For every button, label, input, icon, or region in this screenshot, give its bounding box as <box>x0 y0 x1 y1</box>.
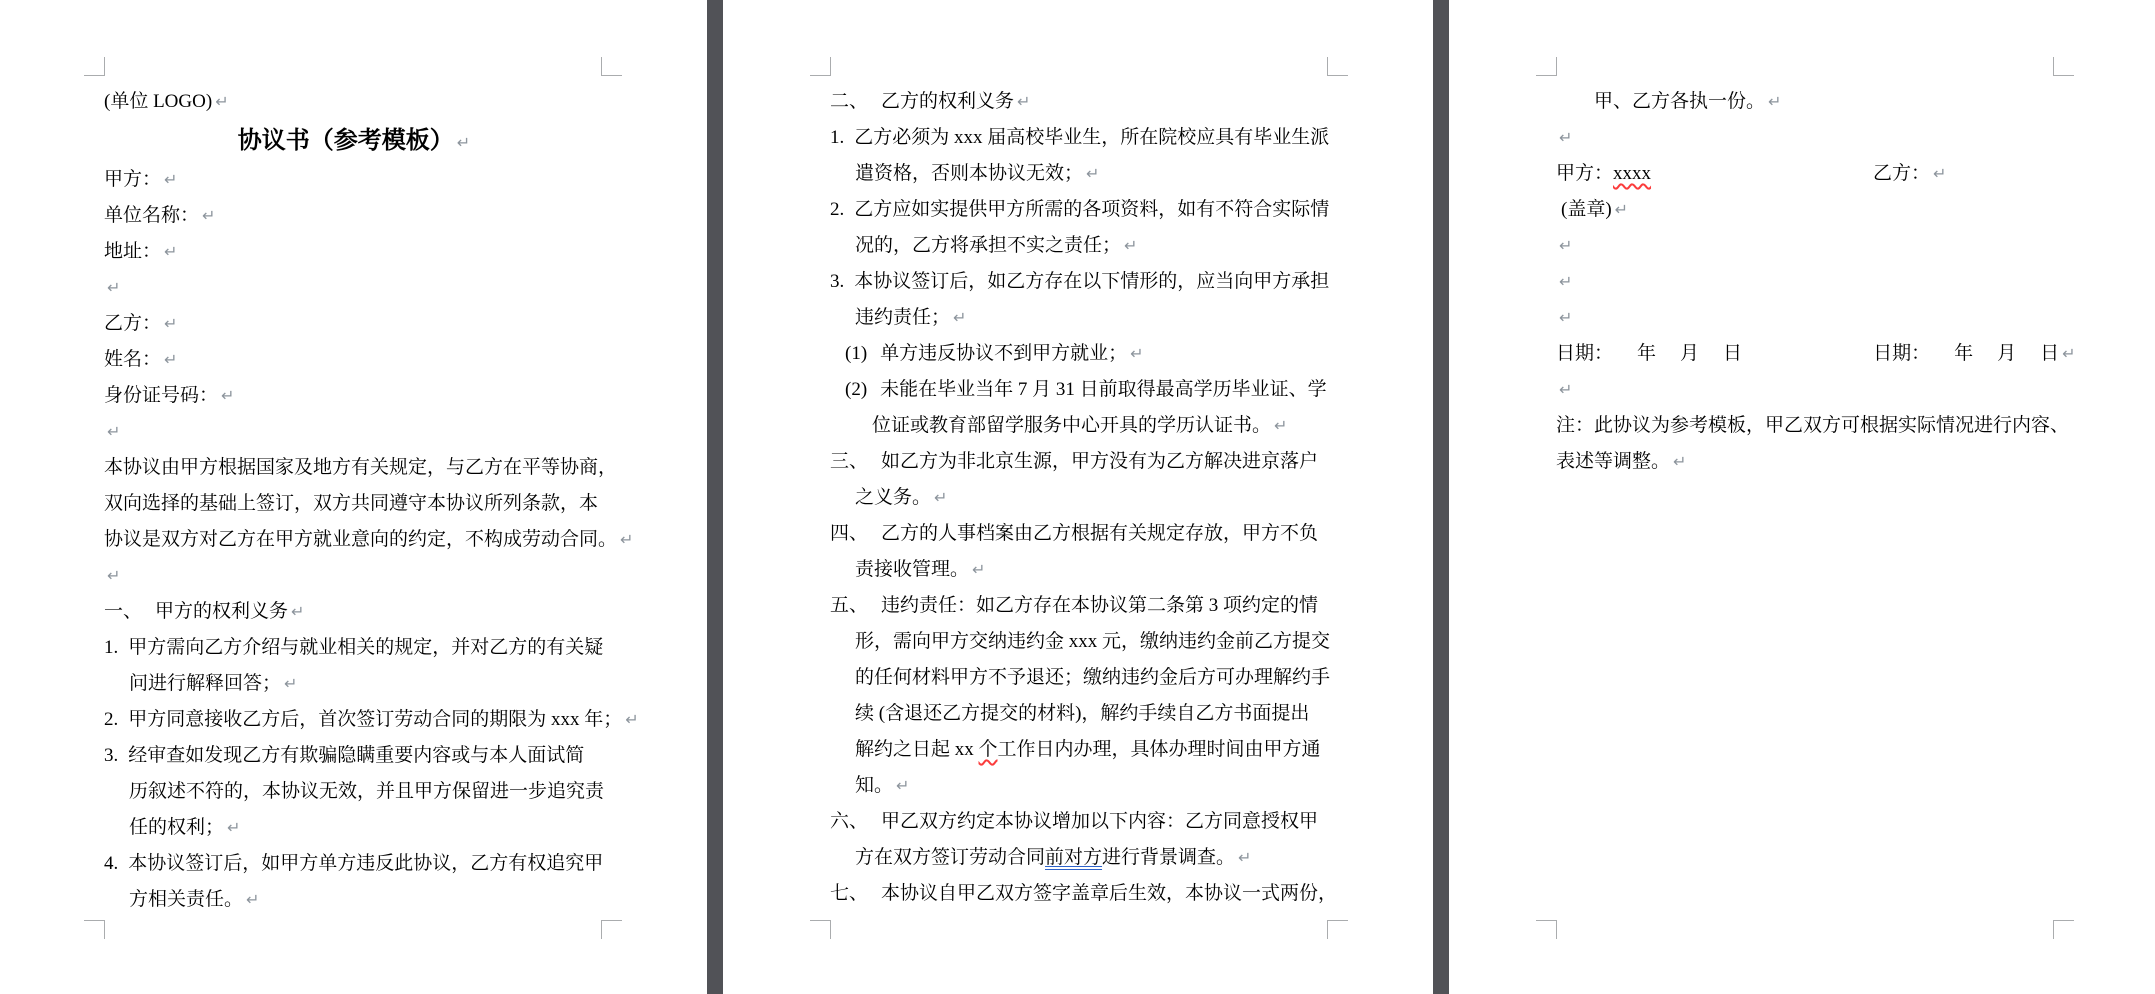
text-run: 遣资格，否则本协议无效； <box>855 163 1083 184</box>
text-run: 月 <box>1680 343 1699 364</box>
doc-line[interactable]: 双向选择的基础上签订，双方共同遵守本协议所列条款，本 <box>104 486 604 522</box>
crop-mark-bottom-left-icon <box>84 920 105 939</box>
text-run: 未能在毕业当年 7 月 31 日前取得最高学历毕业证、学 <box>880 379 1327 400</box>
paragraph-mark-icon: ↵ <box>1615 200 1628 219</box>
doc-line[interactable]: 乙方：↵ <box>104 306 604 342</box>
paragraph-mark-icon: ↵ <box>896 776 909 795</box>
doc-line[interactable]: 1.乙方必须为 xxx 届高校毕业生，所在院校应具有毕业生派 <box>830 120 1330 156</box>
paragraph-mark-icon: ↵ <box>1673 452 1686 471</box>
text-run: 身份证号码： <box>104 385 218 406</box>
doc-line[interactable]: 三、如乙方为非北京生源，甲方没有为乙方解决进京落户 <box>830 444 1330 480</box>
doc-line[interactable]: 违约责任；↵ <box>830 300 1330 336</box>
text-run: 违约责任； <box>855 307 950 328</box>
doc-line[interactable]: 解约之日起 xx 个工作日内办理，具体办理时间由甲方通 <box>830 732 1330 768</box>
doc-line[interactable]: 历叙述不符的，本协议无效，并且甲方保留进一步追究责 <box>104 774 604 810</box>
text-run: 五、 <box>830 595 868 616</box>
doc-line[interactable]: 注：此协议为参考模板，甲乙双方可根据实际情况进行内容、 <box>1556 408 2056 444</box>
text-run: 问进行解释回答； <box>129 673 281 694</box>
paragraph-mark-icon: ↵ <box>164 242 177 261</box>
doc-line[interactable]: 2.甲方同意接收乙方后，首次签订劳动合同的期限为 xxx 年；↵ <box>104 702 604 738</box>
text-run: 工作日内办理，具体办理时间由甲方通 <box>998 739 1321 760</box>
text-run: 1. <box>104 637 118 658</box>
paragraph-mark-icon: ↵ <box>1559 308 1572 327</box>
crop-mark-bottom-left-icon <box>1536 920 1557 939</box>
doc-line[interactable]: 况的，乙方将承担不实之责任；↵ <box>830 228 1330 264</box>
page-1-text-area[interactable]: (单位 LOGO)↵协议书（参考模板）↵甲方：↵单位名称：↵地址：↵↵乙方：↵姓… <box>104 84 604 918</box>
text-run: 单方违反协议不到甲方就业； <box>880 343 1127 364</box>
doc-line[interactable]: ↵ <box>1556 264 2056 300</box>
paragraph-mark-icon: ↵ <box>1238 848 1251 867</box>
doc-line[interactable]: 五、违约责任：如乙方存在本协议第二条第 3 项约定的情 <box>830 588 1330 624</box>
paragraph-mark-icon: ↵ <box>1086 164 1099 183</box>
document-page-2[interactable]: 二、乙方的权利义务↵1.乙方必须为 xxx 届高校毕业生，所在院校应具有毕业生派… <box>723 0 1433 994</box>
text-run: 位证或教育部留学服务中心开具的学历认证书。 <box>872 415 1271 436</box>
spellcheck-flagged-text: 个 <box>979 739 998 760</box>
text-run: 形，需向甲方交纳违约金 xxx 元，缴纳违约金前乙方提交 <box>855 631 1330 652</box>
paragraph-mark-icon: ↵ <box>107 278 120 297</box>
paragraph-mark-icon: ↵ <box>1559 128 1572 147</box>
text-run: 甲方的权利义务 <box>155 601 288 622</box>
text-run: 四、 <box>830 523 868 544</box>
doc-line[interactable]: 形，需向甲方交纳违约金 xxx 元，缴纳违约金前乙方提交 <box>830 624 1330 660</box>
text-run: 知。 <box>855 775 893 796</box>
text-run: 乙方的人事档案由乙方根据有关规定存放，甲方不负 <box>881 523 1318 544</box>
text-run: 之义务。 <box>855 487 931 508</box>
text-run: 4. <box>104 853 118 874</box>
text-run: 甲方需向乙方介绍与就业相关的规定，并对乙方的有关疑 <box>128 637 603 658</box>
doc-line[interactable]: 协议书（参考模板）↵ <box>104 120 604 162</box>
doc-line[interactable]: 甲、乙方各执一份。↵ <box>1556 84 2056 120</box>
doc-line[interactable]: 问进行解释回答；↵ <box>104 666 604 702</box>
doc-line[interactable]: 3.经审查如发现乙方有欺骗隐瞒重要内容或与本人面试简 <box>104 738 604 774</box>
paragraph-mark-icon: ↵ <box>1933 164 1946 183</box>
text-run: 乙方应如实提供甲方所需的各项资料，如有不符合实际情 <box>854 199 1329 220</box>
doc-line[interactable]: 4.本协议签订后，如甲方单方违反此协议，乙方有权追究甲 <box>104 846 604 882</box>
text-run: 方相关责任。 <box>129 889 243 910</box>
doc-line[interactable]: 单位名称：↵ <box>104 198 604 234</box>
paragraph-mark-icon: ↵ <box>1559 272 1572 291</box>
doc-line[interactable]: 协议是双方对乙方在甲方就业意向的约定，不构成劳动合同。↵ <box>104 522 604 558</box>
text-run: 姓名： <box>104 349 161 370</box>
text-run: 单位名称： <box>104 205 199 226</box>
text-run: 历叙述不符的，本协议无效，并且甲方保留进一步追究责 <box>129 781 604 802</box>
paragraph-mark-icon: ↵ <box>164 314 177 333</box>
paragraph-mark-icon: ↵ <box>620 530 633 549</box>
doc-line[interactable]: ↵ <box>104 270 604 306</box>
text-run: 3. <box>104 745 118 766</box>
text-run: 协议书（参考模板） <box>238 128 454 154</box>
grammar-flagged-text: 前对方 <box>1045 847 1102 868</box>
paragraph-mark-icon: ↵ <box>953 308 966 327</box>
text-run: 甲方同意接收乙方后，首次签订劳动合同的期限为 xxx 年； <box>128 709 622 730</box>
paragraph-mark-icon: ↵ <box>164 170 177 189</box>
paragraph-mark-icon: ↵ <box>215 92 228 111</box>
text-run: 经审查如发现乙方有欺骗隐瞒重要内容或与本人面试简 <box>128 745 584 766</box>
crop-mark-top-left-icon <box>84 57 105 76</box>
paragraph-mark-icon: ↵ <box>1124 236 1137 255</box>
doc-line[interactable]: (盖章)↵ <box>1556 192 2056 228</box>
crop-mark-bottom-left-icon <box>810 920 831 939</box>
text-run: 任的权利； <box>129 817 224 838</box>
doc-line[interactable]: 六、甲乙双方约定本协议增加以下内容：乙方同意授权甲 <box>830 804 1330 840</box>
text-run: 日 <box>2040 343 2059 364</box>
word-processor-document-view: { "document": { "title": "协议书（参考模板）", "v… <box>0 0 2155 994</box>
doc-line[interactable]: 日期：年月日日期：年月日↵ <box>1556 336 2056 372</box>
crop-mark-top-right-icon <box>601 57 622 76</box>
paragraph-mark-icon: ↵ <box>246 890 259 909</box>
text-run: 如乙方为非北京生源，甲方没有为乙方解决进京落户 <box>881 451 1318 472</box>
text-run: 日 <box>1723 343 1742 364</box>
text-run: 甲方： <box>1556 163 1613 184</box>
text-run: 本协议由甲方根据国家及地方有关规定，与乙方在平等协商， <box>104 457 617 478</box>
doc-line[interactable]: ↵ <box>1556 228 2056 264</box>
text-run: 2. <box>104 709 118 730</box>
doc-line[interactable]: 二、乙方的权利义务↵ <box>830 84 1330 120</box>
text-run: 责接收管理。 <box>855 559 969 580</box>
paragraph-mark-icon: ↵ <box>625 710 638 729</box>
paragraph-mark-icon: ↵ <box>221 386 234 405</box>
crop-mark-bottom-right-icon <box>2053 920 2074 939</box>
paragraph-mark-icon: ↵ <box>1274 416 1287 435</box>
text-run: 六、 <box>830 811 868 832</box>
doc-line[interactable]: (1)单方违反协议不到甲方就业；↵ <box>830 336 1330 372</box>
doc-line[interactable]: 任的权利；↵ <box>104 810 604 846</box>
text-run: 乙方： <box>104 313 161 334</box>
doc-line[interactable]: 表述等调整。↵ <box>1556 444 2056 480</box>
text-run: 3. <box>830 271 844 292</box>
doc-line[interactable]: 之义务。↵ <box>830 480 1330 516</box>
doc-line[interactable]: ↵ <box>1556 120 2056 156</box>
text-run: 月 <box>1997 343 2016 364</box>
text-run: (1) <box>845 343 867 364</box>
doc-line[interactable]: 位证或教育部留学服务中心开具的学历认证书。↵ <box>830 408 1330 444</box>
doc-line[interactable]: 责接收管理。↵ <box>830 552 1330 588</box>
paragraph-mark-icon: ↵ <box>1768 92 1781 111</box>
text-run: 甲方： <box>104 169 161 190</box>
doc-line[interactable]: 地址：↵ <box>104 234 604 270</box>
doc-line[interactable]: 七、本协议自甲乙双方签字盖章后生效，本协议一式两份， <box>830 876 1330 912</box>
crop-mark-top-right-icon <box>1327 57 1348 76</box>
paragraph-mark-icon: ↵ <box>291 602 304 621</box>
text-run: 七、 <box>830 883 868 904</box>
doc-line[interactable]: 1.甲方需向乙方介绍与就业相关的规定，并对乙方的有关疑 <box>104 630 604 666</box>
doc-line[interactable]: 续 (含退还乙方提交的材料)，解约手续自乙方书面提出 <box>830 696 1330 732</box>
text-run: 本协议签订后，如甲方单方违反此协议，乙方有权追究甲 <box>128 853 603 874</box>
doc-line[interactable]: 四、乙方的人事档案由乙方根据有关规定存放，甲方不负 <box>830 516 1330 552</box>
paragraph-mark-icon: ↵ <box>2062 344 2075 363</box>
doc-line[interactable]: ↵ <box>104 558 604 594</box>
text-run: 三、 <box>830 451 868 472</box>
page-3-text-area[interactable]: 甲、乙方各执一份。↵↵甲方：xxxx乙方：↵(盖章)↵↵↵↵日期：年月日日期：年… <box>1556 84 2056 480</box>
document-canvas: (单位 LOGO)↵协议书（参考模板）↵甲方：↵单位名称：↵地址：↵↵乙方：↵姓… <box>0 0 2155 994</box>
text-run: (单位 LOGO) <box>104 91 212 112</box>
text-run: 表述等调整。 <box>1556 451 1670 472</box>
doc-line[interactable]: 本协议由甲方根据国家及地方有关规定，与乙方在平等协商， <box>104 450 604 486</box>
paragraph-mark-icon: ↵ <box>227 818 240 837</box>
paragraph-mark-icon: ↵ <box>934 488 947 507</box>
document-page-3[interactable]: 甲、乙方各执一份。↵↵甲方：xxxx乙方：↵(盖章)↵↵↵↵日期：年月日日期：年… <box>1449 0 2155 994</box>
crop-mark-top-left-icon <box>810 57 831 76</box>
text-run: 况的，乙方将承担不实之责任； <box>855 235 1121 256</box>
text-run: 乙方的权利义务 <box>881 91 1014 112</box>
crop-mark-top-left-icon <box>1536 57 1557 76</box>
doc-line[interactable]: 方在双方签订劳动合同前对方进行背景调查。↵ <box>830 840 1330 876</box>
text-run: 续 (含退还乙方提交的材料)，解约手续自乙方书面提出 <box>855 703 1309 724</box>
text-run: 年 <box>1637 343 1656 364</box>
doc-line[interactable]: 3.本协议签订后，如乙方存在以下情形的，应当向甲方承担 <box>830 264 1330 300</box>
paragraph-mark-icon: ↵ <box>107 566 120 585</box>
doc-line[interactable]: 甲方：↵ <box>104 162 604 198</box>
text-run: 乙方： <box>1873 163 1930 184</box>
paragraph-mark-icon: ↵ <box>1017 92 1030 111</box>
text-run: (2) <box>845 379 867 400</box>
paragraph-mark-icon: ↵ <box>284 674 297 693</box>
paragraph-mark-icon: ↵ <box>972 560 985 579</box>
paragraph-mark-icon: ↵ <box>202 206 215 225</box>
text-run: 方在双方签订劳动合同 <box>855 847 1045 868</box>
text-run: 地址： <box>104 241 161 262</box>
paragraph-mark-icon: ↵ <box>1130 344 1143 363</box>
crop-mark-bottom-right-icon <box>1327 920 1348 939</box>
doc-line[interactable]: 2.乙方应如实提供甲方所需的各项资料，如有不符合实际情 <box>830 192 1330 228</box>
text-run: (盖章) <box>1561 199 1612 220</box>
doc-line[interactable]: 知。↵ <box>830 768 1330 804</box>
document-page-1[interactable]: (单位 LOGO)↵协议书（参考模板）↵甲方：↵单位名称：↵地址：↵↵乙方：↵姓… <box>0 0 707 994</box>
text-run: 违约责任：如乙方存在本协议第二条第 3 项约定的情 <box>881 595 1318 616</box>
doc-line[interactable]: (单位 LOGO)↵ <box>104 84 604 120</box>
doc-line[interactable]: 的任何材料甲方不予退还；缴纳违约金后方可办理解约手 <box>830 660 1330 696</box>
doc-line[interactable]: 方相关责任。↵ <box>104 882 604 918</box>
text-run: 日期： <box>1556 343 1613 364</box>
text-run: 协议是双方对乙方在甲方就业意向的约定，不构成劳动合同。 <box>104 529 617 550</box>
doc-line[interactable]: ↵ <box>104 414 604 450</box>
doc-line[interactable]: ↵ <box>1556 372 2056 408</box>
doc-line[interactable]: 甲方：xxxx乙方：↵ <box>1556 156 2056 192</box>
text-run: 注：此协议为参考模板，甲乙双方可根据实际情况进行内容、 <box>1556 415 2069 436</box>
paragraph-mark-icon: ↵ <box>1559 380 1572 399</box>
text-run: 本协议自甲乙双方签字盖章后生效，本协议一式两份， <box>881 883 1337 904</box>
doc-line[interactable]: (2)未能在毕业当年 7 月 31 日前取得最高学历毕业证、学 <box>830 372 1330 408</box>
crop-mark-bottom-right-icon <box>601 920 622 939</box>
text-run: 日期： <box>1873 343 1930 364</box>
text-run: 一、 <box>104 601 142 622</box>
text-run: 二、 <box>830 91 868 112</box>
crop-mark-top-right-icon <box>2053 57 2074 76</box>
text-run: 双向选择的基础上签订，双方共同遵守本协议所列条款，本 <box>104 493 598 514</box>
text-run: 乙方必须为 xxx 届高校毕业生，所在院校应具有毕业生派 <box>854 127 1329 148</box>
text-run: 进行背景调查。 <box>1102 847 1235 868</box>
paragraph-mark-icon: ↵ <box>107 422 120 441</box>
doc-line[interactable]: 姓名：↵ <box>104 342 604 378</box>
doc-line[interactable]: ↵ <box>1556 300 2056 336</box>
text-run: 年 <box>1954 343 1973 364</box>
text-run: 2. <box>830 199 844 220</box>
paragraph-mark-icon: ↵ <box>457 133 470 152</box>
paragraph-mark-icon: ↵ <box>164 350 177 369</box>
doc-line[interactable]: 一、甲方的权利义务↵ <box>104 594 604 630</box>
page-2-text-area[interactable]: 二、乙方的权利义务↵1.乙方必须为 xxx 届高校毕业生，所在院校应具有毕业生派… <box>830 84 1330 912</box>
doc-line[interactable]: 身份证号码：↵ <box>104 378 604 414</box>
text-run: 1. <box>830 127 844 148</box>
doc-line[interactable]: 遣资格，否则本协议无效；↵ <box>830 156 1330 192</box>
text-run: 本协议签订后，如乙方存在以下情形的，应当向甲方承担 <box>854 271 1329 292</box>
spellcheck-flagged-text: xxxx <box>1613 163 1651 184</box>
text-run: 解约之日起 xx <box>855 739 979 760</box>
text-run: 甲乙双方约定本协议增加以下内容：乙方同意授权甲 <box>881 811 1318 832</box>
text-run: 甲、乙方各执一份。 <box>1594 91 1765 112</box>
paragraph-mark-icon: ↵ <box>1559 236 1572 255</box>
text-run: 的任何材料甲方不予退还；缴纳违约金后方可办理解约手 <box>855 667 1330 688</box>
